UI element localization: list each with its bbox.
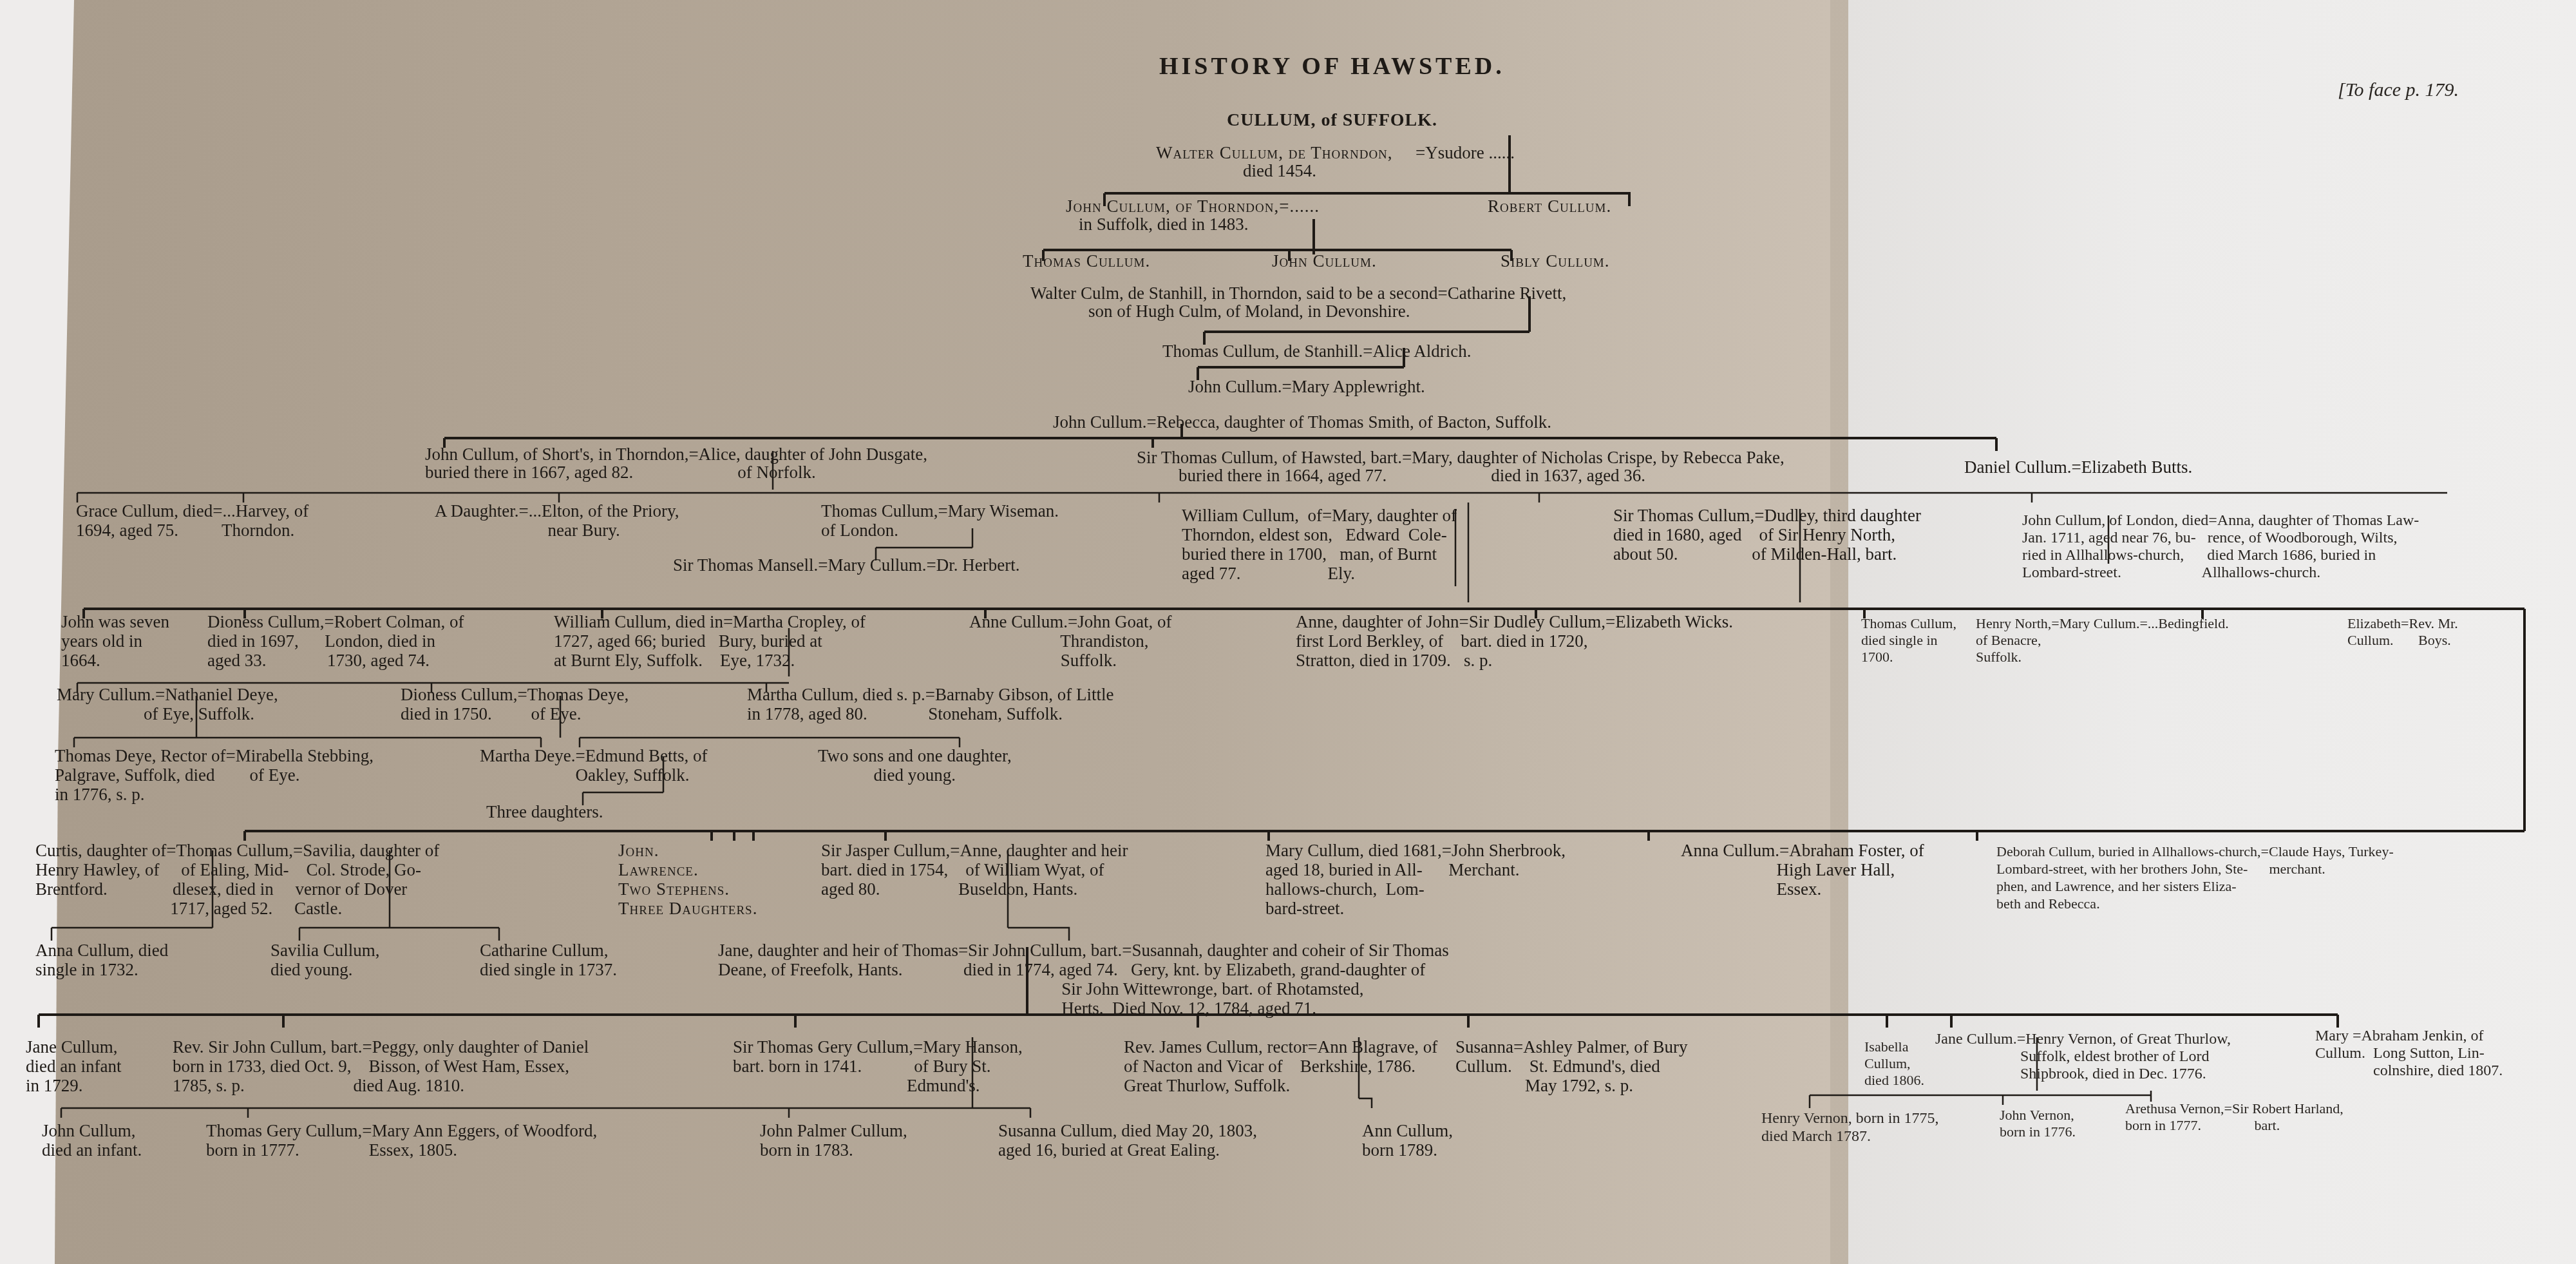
- person-sir-john-cullum-1774: Jane, daughter and heir of Thomas=Sir Jo…: [718, 941, 1449, 1018]
- person-thomas-deye: Thomas Deye, Rector of=Mirabella Stebbin…: [55, 746, 374, 804]
- person-susanna-cullum-palmer: Susanna=Ashley Palmer, of BuryCullum. St…: [1455, 1037, 1688, 1095]
- person-thomas-cullum-stanhill: Thomas Cullum, de Stanhill.=Alice Aldric…: [1162, 341, 1471, 361]
- person-deborah-cullum: Deborah Cullum, buried in Allhallows-chu…: [1996, 843, 2394, 912]
- person-john-seven: John was sevenyears old in1664.: [61, 612, 169, 670]
- page-title: HISTORY OF HAWSTED.: [1159, 57, 1505, 76]
- person-walter-cullum: Walter Cullum, de Thorndon,: [1156, 143, 1393, 162]
- person-john-cullum-applewright: John Cullum.=Mary Applewright.: [1188, 377, 1425, 396]
- person-dioness-cullum-deye: Dioness Cullum,=Thomas Deye,died in 1750…: [401, 685, 629, 723]
- person-susanna-cullum-1803: Susanna Cullum, died May 20, 1803,aged 1…: [998, 1121, 1257, 1160]
- person-daniel-cullum: Daniel Cullum.=Elizabeth Butts.: [1964, 457, 2192, 477]
- person-anna-cullum-1732: Anna Cullum, diedsingle in 1732.: [35, 941, 168, 979]
- note-two-sons-one-daughter: Two sons and one daughter,died young.: [818, 746, 1012, 785]
- person-sir-thomas-gery-cullum: Sir Thomas Gery Cullum,=Mary Hanson,bart…: [733, 1037, 1023, 1095]
- person-john-vernon: John Vernon,born in 1776.: [2000, 1107, 2076, 1140]
- person-john-cullum-thorndon: John Cullum, of Thorndon,=......: [1066, 196, 1320, 216]
- person-henry-vernon: Henry Vernon, born in 1775,died March 17…: [1761, 1109, 1939, 1145]
- person-john-palmer-cullum: John Palmer Cullum,born in 1783.: [760, 1121, 907, 1160]
- person-thomas-gery-cullum-1777: Thomas Gery Cullum,=Mary Ann Eggers, of …: [206, 1121, 597, 1160]
- person-arethusa-vernon: Arethusa Vernon,=Sir Robert Harland,born…: [2125, 1100, 2344, 1134]
- person-john-cullum-london: John Cullum, of London, died=Anna, daugh…: [2022, 512, 2419, 582]
- person-a-daughter: A Daughter.=...Elton, of the Priory, nea…: [435, 501, 679, 540]
- person-mary-cullum-north: Henry North,=Mary Cullum.=...Bedingfield…: [1976, 615, 2229, 666]
- person-sir-thomas-cullum-hawsted-note: buried there in 1664, aged 77. died in 1…: [1179, 466, 1645, 485]
- person-rev-james-cullum: Rev. James Cullum, rector=Ann Blagrave, …: [1124, 1037, 1437, 1095]
- person-thomas-cullum: Thomas Cullum.: [1023, 251, 1150, 271]
- person-thomas-cullum-ealing: Curtis, daughter of=Thomas Cullum,=Savil…: [35, 841, 439, 918]
- person-martha-cullum-gibson: Martha Cullum, died s. p.=Barnaby Gibson…: [747, 685, 1113, 723]
- person-john-cullum-shorts: John Cullum, of Short's, in Thorndon,=Al…: [425, 445, 927, 464]
- note-three-daughters: Three daughters.: [486, 802, 603, 821]
- person-elizabeth-cullum: Elizabeth=Rev. Mr.Cullum. Boys.: [2347, 615, 2458, 649]
- note-john-lawrence-stephens: John.Lawrence.Two Stephens.Three Daughte…: [618, 841, 757, 918]
- person-jane-cullum-infant: Jane Cullum,died an infantin 1729.: [26, 1037, 121, 1095]
- person-mary-cullum-mansell: Sir Thomas Mansell.=Mary Cullum.=Dr. Her…: [673, 555, 1019, 575]
- person-martha-deye: Martha Deye.=Edmund Betts, of Oakley, Su…: [480, 746, 707, 785]
- person-sir-dudley-cullum: Anne, daughter of John=Sir Dudley Cullum…: [1296, 612, 1733, 670]
- person-sibly-cullum: Sibly Cullum.: [1501, 251, 1610, 271]
- person-john-cullum-rebecca: John Cullum.=Rebecca, daughter of Thomas…: [1053, 412, 1551, 432]
- person-john-cullum: John Cullum.: [1272, 251, 1377, 271]
- person-grace-cullum: Grace Cullum, died=...Harvey, of1694, ag…: [76, 501, 308, 540]
- person-anna-cullum-foster: Anna Cullum.=Abraham Foster, of High Lav…: [1681, 841, 1924, 899]
- person-walter-culm-note: son of Hugh Culm, of Moland, in Devonshi…: [1088, 302, 1410, 321]
- person-sir-thomas-cullum-1680: Sir Thomas Cullum,=Dudley, third daughte…: [1613, 506, 1921, 564]
- person-thomas-cullum-single: Thomas Cullum,died single in1700.: [1861, 615, 1956, 666]
- person-anne-cullum-goat: Anne Cullum.=John Goat, of Thrandiston, …: [969, 612, 1171, 670]
- person-sir-thomas-cullum-hawsted: Sir Thomas Cullum, of Hawsted, bart.=Mar…: [1137, 448, 1785, 467]
- person-savilia-cullum: Savilia Cullum,died young.: [270, 941, 380, 979]
- person-william-cullum-1727: William Cullum, died in=Martha Cropley, …: [554, 612, 866, 670]
- person-mary-cullum-sherbrook: Mary Cullum, died 1681,=John Sherbrook,a…: [1265, 841, 1566, 918]
- person-walter-culm: Walter Culm, de Stanhill, in Thorndon, s…: [1030, 283, 1566, 303]
- person-sir-jasper-cullum: Sir Jasper Cullum,=Anne, daughter and he…: [821, 841, 1128, 899]
- person-thomas-cullum-london: Thomas Cullum,=Mary Wiseman.of London.: [821, 501, 1059, 540]
- plate-note: [To face p. 179.: [2338, 81, 2459, 100]
- person-mary-cullum-jenkin: Mary =Abraham Jenkin, ofCullum. Long Sut…: [2315, 1028, 2503, 1080]
- person-dioness-cullum-colman: Dioness Cullum,=Robert Colman, ofdied in…: [207, 612, 464, 670]
- person-john-cullum-shorts-note: buried there in 1667, aged 82. of Norfol…: [425, 463, 816, 482]
- person-mary-cullum-deye: Mary Cullum.=Nathaniel Deye, of Eye, Suf…: [57, 685, 278, 723]
- person-catharine-cullum: Catharine Cullum,died single in 1737.: [480, 941, 617, 979]
- person-robert-cullum: Robert Cullum.: [1488, 196, 1611, 216]
- person-walter-cullum-note: died 1454.: [1243, 161, 1316, 180]
- family-heading: CULLUM, of SUFFOLK.: [1227, 111, 1437, 130]
- person-william-cullum-thorndon: William Cullum, of=Mary, daughter ofThor…: [1182, 506, 1457, 583]
- person-john-cullum-thorndon-note: in Suffolk, died in 1483.: [1079, 215, 1249, 234]
- person-john-cullum-infant: John Cullum,died an infant.: [42, 1121, 142, 1160]
- person-jane-cullum-vernon: Jane Cullum.=Henry Vernon, of Great Thur…: [1935, 1031, 2231, 1083]
- person-rev-sir-john-cullum: Rev. Sir John Cullum, bart.=Peggy, only …: [173, 1037, 589, 1095]
- spouse-ysudore: =Ysudore ......: [1416, 143, 1515, 162]
- person-ann-cullum-1789: Ann Cullum,born 1789.: [1362, 1121, 1453, 1160]
- person-isabella-cullum: IsabellaCullum,died 1806.: [1864, 1039, 1924, 1089]
